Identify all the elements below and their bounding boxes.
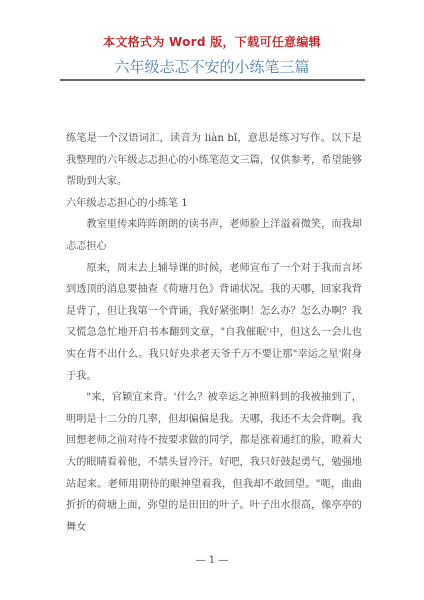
body-paragraph: 原来，周末去上辅导课的时候，老师宣布了一个对于我而言坏到透顶的消息要抽查《荷塘月…	[66, 258, 362, 388]
document-title: 六年级忐忑不安的小练笔三篇	[0, 56, 424, 77]
word-format-notice: 本文格式为 Word 版，下载可任意编辑	[0, 33, 424, 50]
section-heading: 六年级忐忑担心的小练笔 1	[66, 193, 362, 215]
document-page: 本文格式为 Word 版，下载可任意编辑 六年级忐忑不安的小练笔三篇 练笔是一个…	[0, 0, 424, 600]
title-divider	[60, 79, 365, 81]
intro-paragraph: 练笔是一个汉语词汇，读音为 liàn bǐ，意思是练习写作。以下是我整理的六年级…	[66, 128, 362, 193]
body-paragraph: "来，官颖宜来背。'什么？被幸运之神照料到的我被抽到了，明明是十二分的几率，但却…	[66, 387, 362, 538]
document-body: 练笔是一个汉语词汇，读音为 liàn bǐ，意思是练习写作。以下是我整理的六年级…	[66, 128, 362, 538]
page-number: — 1 —	[0, 555, 424, 566]
body-paragraph: 教室里传来阵阵朗朗的读书声，老师脸上洋溢着微笑，而我却忐忑担心	[66, 214, 362, 257]
